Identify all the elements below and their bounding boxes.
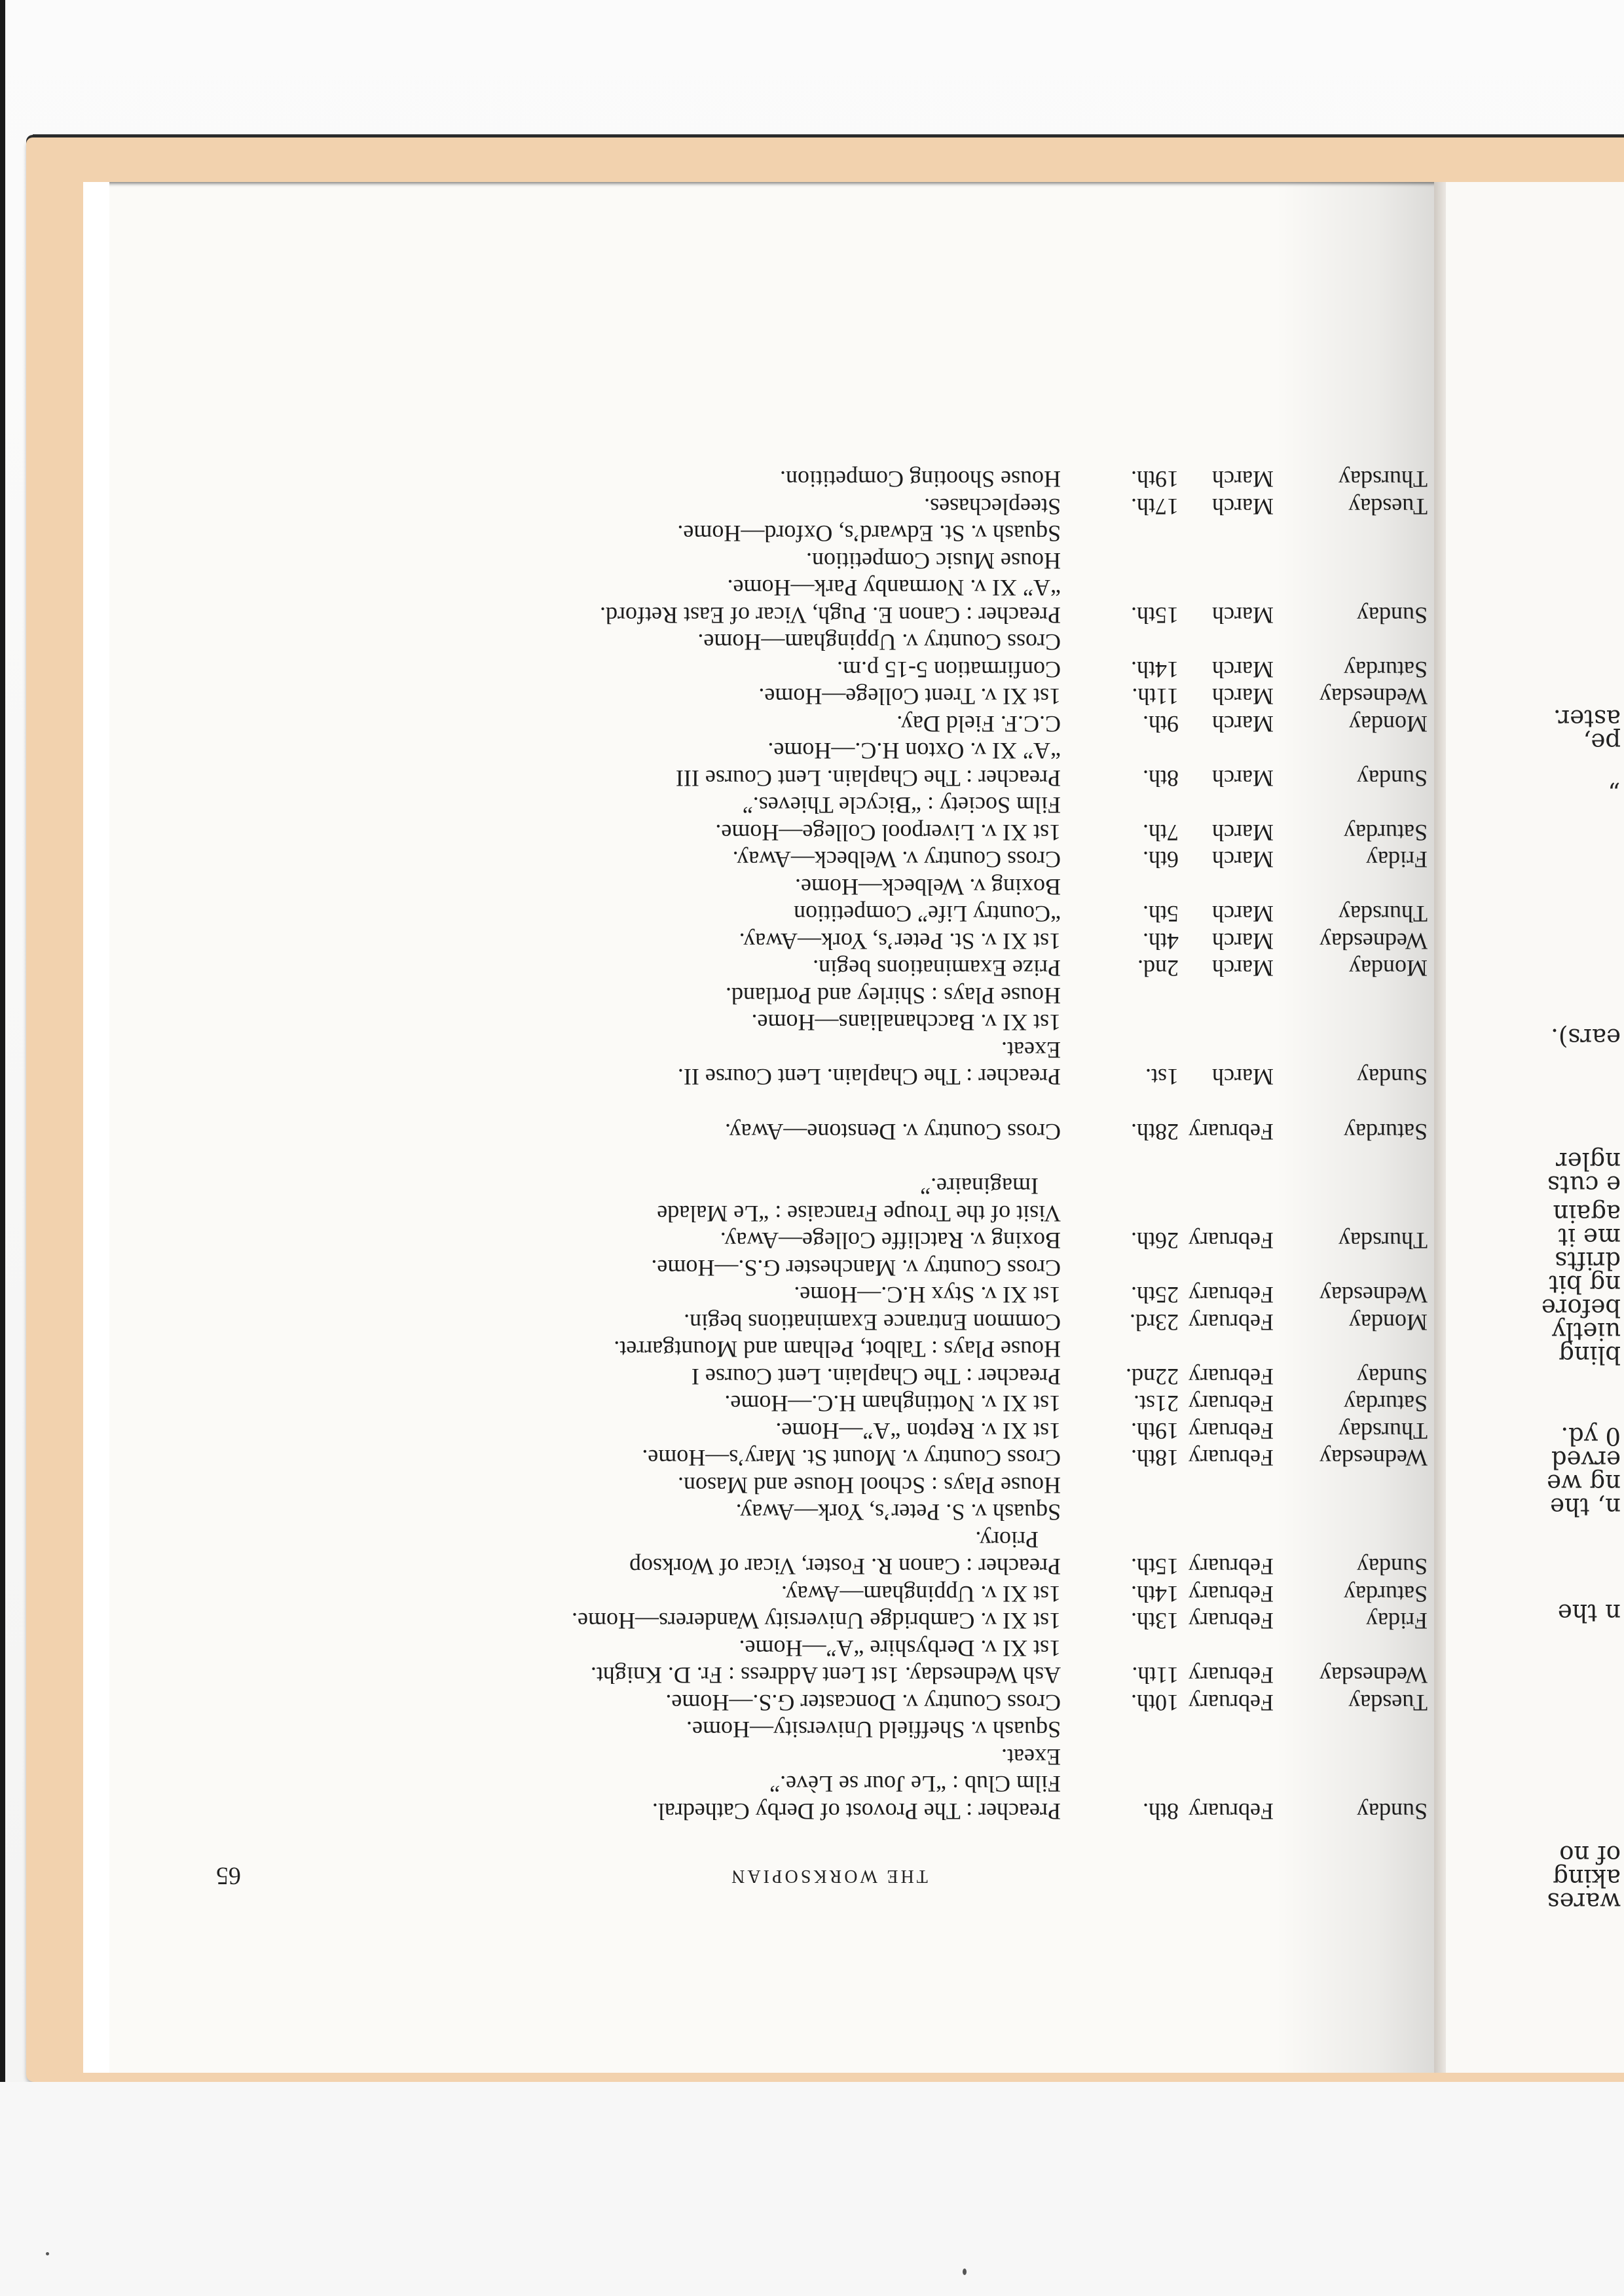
entry-month: March	[1179, 792, 1274, 846]
facing-page-fragment: bling uietly before ng bit drifts me it …	[1541, 1201, 1621, 1366]
entry-month: February	[1179, 1689, 1274, 1717]
entry-day: Sunday	[1274, 1336, 1428, 1390]
entry-date: 25th.	[1061, 1254, 1179, 1309]
event-line: C.C.F. Field Day.	[216, 710, 1061, 738]
entry-date: 2nd.	[1061, 955, 1179, 982]
scanner-bottom	[0, 2082, 1624, 2296]
entry-month: March	[1179, 683, 1274, 710]
calendar-entry: SundayFebruary8th.Preacher : The Provost…	[216, 1716, 1428, 1825]
event-line: Preacher : Canon E. Pugh, Vicar of East …	[216, 602, 1061, 629]
calendar-entry: ThursdayFebruary19th.1st XI v. Repton “A…	[216, 1417, 1428, 1445]
entry-date: 11th.	[1061, 1635, 1179, 1689]
event-line: Cross Country v. Doncaster G.S.—Home.	[216, 1689, 1061, 1717]
entry-month: March	[1179, 520, 1274, 629]
calendar-entry: WednesdayFebruary11th.Ash Wednesday. 1st…	[216, 1635, 1428, 1689]
entry-events: Confirmation 5-15 p.m.Cross Country v. U…	[216, 629, 1061, 683]
facing-page-fragment: n, the ng we erved 0 yd.	[1547, 1424, 1621, 1518]
right-page	[1446, 182, 1624, 2073]
entry-date: 26th.	[1061, 1173, 1179, 1254]
event-line: Steeplechases.	[216, 493, 1061, 520]
entry-events: House Shooting Competition.	[216, 465, 1061, 493]
entry-month: February	[1179, 1607, 1274, 1635]
entry-day: Saturday	[1274, 1390, 1428, 1417]
event-line: Cross Country v. Denstone—Away.	[216, 1118, 1061, 1146]
event-line: Cross Country v. Manchester G.S.—Home.	[216, 1254, 1061, 1282]
calendar-entry: MondayFebruary23rd.Common Entrance Exami…	[216, 1309, 1428, 1336]
facing-page-fragment: wares aking of no	[1547, 1842, 1621, 1913]
entry-day: Monday	[1274, 955, 1428, 982]
entry-events: 1st XI v. Liverpool College—Home.Film So…	[216, 792, 1061, 846]
entry-date: 7th.	[1061, 792, 1179, 846]
calendar-entry: ThursdayMarch19th.House Shooting Competi…	[216, 465, 1428, 493]
event-line: Squash v. St. Edward’s, Oxford—Home.	[216, 520, 1061, 547]
event-line: “Country Life” Competition	[216, 900, 1061, 928]
page-number: 65	[216, 1861, 241, 1890]
entry-month: February	[1179, 1309, 1274, 1336]
entry-date: 1st.	[1061, 982, 1179, 1091]
event-line: House Plays : Shirley and Portland.	[216, 982, 1061, 1010]
event-line: House Plays : School House and Mason.	[216, 1472, 1061, 1499]
entry-day: Thursday	[1274, 465, 1428, 493]
entry-month: February	[1179, 1390, 1274, 1417]
event-line: Exeat.	[216, 1036, 1061, 1064]
event-line: 1st XI v. Bacchanalians—Home.	[216, 1009, 1061, 1036]
event-line: 1st XI v. St. Peter’s, York—Away.	[216, 928, 1061, 955]
event-line: Cross Country v. Welbeck—Away.	[216, 846, 1061, 873]
book-gutter	[1434, 182, 1446, 2073]
calendar-entry: SaturdayMarch14th.Confirmation 5-15 p.m.…	[216, 629, 1428, 683]
event-line: House Music Competition.	[216, 547, 1061, 575]
entry-date: 21st.	[1061, 1390, 1179, 1417]
event-line: Cross Country v. Mount St. Mary’s—Home.	[216, 1444, 1061, 1472]
entry-events: 1st XI v. Cambridge University Wanderers…	[216, 1607, 1061, 1635]
entry-date: 13th.	[1061, 1607, 1179, 1635]
event-line: Preacher : The Chaplain. Lent Course II.	[216, 1063, 1061, 1091]
entry-month: February	[1179, 1173, 1274, 1254]
page-edge	[83, 182, 109, 2073]
entry-events: Preacher : The Chaplain. Lent Course IHo…	[216, 1336, 1061, 1390]
entry-date: 11th.	[1061, 683, 1179, 710]
entry-month: February	[1179, 1444, 1274, 1472]
event-line: Preacher : The Provost of Derby Cathedra…	[216, 1798, 1061, 1825]
entry-day: Wednesday	[1274, 1635, 1428, 1689]
event-line: 1st XI v. Nottingham H.C.—Home.	[216, 1390, 1061, 1417]
entry-events: 1st XI v. Uppingham—Away.	[216, 1580, 1061, 1608]
entry-day: Saturday	[1274, 629, 1428, 683]
running-title: THE WORKSOPIAN	[216, 1865, 1441, 1886]
entry-month: February	[1179, 1635, 1274, 1689]
event-line: House Plays : Talbot, Pelham and Mountga…	[216, 1336, 1061, 1363]
event-line: Preacher : The Chaplain. Lent Course III	[216, 765, 1061, 792]
entry-events: Preacher : The Provost of Derby Cathedra…	[216, 1716, 1061, 1825]
entry-month: March	[1179, 846, 1274, 873]
entry-events: 1st XI v. Styx H.C.—Home.Cross Country v…	[216, 1254, 1061, 1309]
scanner-edge	[0, 0, 5, 2296]
entry-month: March	[1179, 982, 1274, 1091]
calendar-entry: WednesdayMarch11th.1st XI v. Trent Colle…	[216, 683, 1428, 710]
entry-events: Prize Examinations begin.	[216, 955, 1061, 982]
event-line: Boxing v. Welbeck—Home.	[216, 873, 1061, 901]
entry-events: Cross Country v. Denstone—Away.	[216, 1118, 1061, 1146]
calendar-entry: SundayMarch8th.Preacher : The Chaplain. …	[216, 737, 1428, 792]
entry-day: Thursday	[1274, 873, 1428, 928]
entry-month: February	[1179, 1472, 1274, 1580]
entry-day: Sunday	[1274, 520, 1428, 629]
entry-day: Sunday	[1274, 982, 1428, 1091]
entry-month: February	[1179, 1580, 1274, 1608]
entry-events: Preacher : The Chaplain. Lent Course II.…	[216, 982, 1061, 1091]
entry-day: Tuesday	[1274, 493, 1428, 520]
calendar-entry: SundayMarch1st.Preacher : The Chaplain. …	[216, 982, 1428, 1091]
entry-date: 5th.	[1061, 873, 1179, 928]
event-line: 1st XI v. Derbyshire “A”—Home.	[216, 1635, 1061, 1662]
entry-events: Preacher : Canon R. Foster, Vicar of Wor…	[216, 1472, 1061, 1580]
entry-day: Sunday	[1274, 1472, 1428, 1580]
entry-day: Saturday	[1274, 792, 1428, 846]
entry-date: 14th.	[1061, 629, 1179, 683]
entry-date: 23rd.	[1061, 1309, 1179, 1336]
calendar-entry: FridayMarch6th.Cross Country v. Welbeck—…	[216, 846, 1428, 873]
event-line: Imaginaire.”	[216, 1173, 1061, 1200]
calendar-entry: MondayMarch9th.C.C.F. Field Day.	[216, 710, 1428, 738]
entry-date: 14th.	[1061, 1580, 1179, 1608]
entry-month: March	[1179, 955, 1274, 982]
entry-month: March	[1179, 629, 1274, 683]
entry-day: Wednesday	[1274, 683, 1428, 710]
entry-events: Common Entrance Examinations begin.	[216, 1309, 1061, 1336]
entry-day: Tuesday	[1274, 1689, 1428, 1717]
calendar-entry: ThursdayMarch5th.“Country Life” Competit…	[216, 873, 1428, 928]
event-line: Ash Wednesday. 1st Lent Address : Fr. D.…	[216, 1662, 1061, 1689]
event-line: Exeat.	[216, 1743, 1061, 1771]
event-line: 1st XI v. Cambridge University Wanderers…	[216, 1607, 1061, 1635]
facing-page-fragment: e cuts ngler	[1547, 1149, 1621, 1196]
entry-day: Saturday	[1274, 1580, 1428, 1608]
entry-events: Preacher : Canon E. Pugh, Vicar of East …	[216, 520, 1061, 629]
calendar-entry: SundayFebruary15th.Preacher : Canon R. F…	[216, 1472, 1428, 1580]
entry-date: 6th.	[1061, 846, 1179, 873]
entry-day: Wednesday	[1274, 928, 1428, 955]
calendar-of-events: SundayFebruary8th.Preacher : The Provost…	[216, 465, 1428, 1825]
event-line: Prize Examinations begin.	[216, 955, 1061, 982]
calendar-entry: WednesdayFebruary25th.1st XI v. Styx H.C…	[216, 1254, 1428, 1309]
entry-events: Preacher : The Chaplain. Lent Course III…	[216, 737, 1061, 792]
entry-date: 19th.	[1061, 465, 1179, 493]
entry-month: March	[1179, 928, 1274, 955]
entry-day: Wednesday	[1274, 1444, 1428, 1472]
event-line: House Shooting Competition.	[216, 465, 1061, 493]
event-line: “A” XI v. Oxton H.C.—Home.	[216, 737, 1061, 765]
entry-day: Monday	[1274, 710, 1428, 738]
entry-events: “Country Life” CompetitionBoxing v. Welb…	[216, 873, 1061, 928]
event-line: 1st XI v. Liverpool College—Home.	[216, 819, 1061, 847]
calendar-entry: ThursdayFebruary26th.Boxing v. Ratcliffe…	[216, 1173, 1428, 1254]
event-line: 1st XI v. Repton “A”—Home.	[216, 1417, 1061, 1445]
facing-page-fragment: ears).	[1551, 1025, 1621, 1049]
calendar-entry: TuesdayFebruary10th.Cross Country v. Don…	[216, 1689, 1428, 1717]
event-line: Squash v. S. Peter’s, York—Away.	[216, 1499, 1061, 1526]
event-line: 1st XI v. Uppingham—Away.	[216, 1580, 1061, 1608]
page-header: THE WORKSOPIAN 65	[216, 1853, 1441, 1886]
entry-month: March	[1179, 465, 1274, 493]
entry-day: Thursday	[1274, 1417, 1428, 1445]
event-line: Confirmation 5-15 p.m.	[216, 656, 1061, 683]
entry-events: C.C.F. Field Day.	[216, 710, 1061, 738]
entry-events: Cross Country v. Doncaster G.S.—Home.	[216, 1689, 1061, 1717]
entry-events: Boxing v. Ratcliffe College—Away.Visit o…	[216, 1173, 1061, 1254]
entry-events: 1st XI v. Trent College—Home.	[216, 683, 1061, 710]
entry-month: March	[1179, 710, 1274, 738]
calendar-entry: SundayMarch15th.Preacher : Canon E. Pugh…	[216, 520, 1428, 629]
calendar-entry: WednesdayFebruary18th.Cross Country v. M…	[216, 1444, 1428, 1472]
entry-month: March	[1179, 873, 1274, 928]
event-line: “A” XI v. Normanby Park—Home.	[216, 574, 1061, 602]
event-line: Film Society : “Bicycle Thieves.”	[216, 792, 1061, 819]
entry-date: 19th.	[1061, 1417, 1179, 1445]
entry-date: 17th.	[1061, 493, 1179, 520]
calendar-entry: SaturdayFebruary28th.Cross Country v. De…	[216, 1118, 1428, 1146]
event-line: Squash v. Sheffield University—Home.	[216, 1716, 1061, 1743]
entry-events: Cross Country v. Mount St. Mary’s—Home.	[216, 1444, 1061, 1472]
event-line: Priory.	[216, 1526, 1061, 1554]
event-line: Film Club : “Le Jour se Lève.”	[216, 1770, 1061, 1798]
event-line: Preacher : Canon R. Foster, Vicar of Wor…	[216, 1553, 1061, 1580]
event-line: Cross Country v. Uppingham—Home.	[216, 629, 1061, 656]
entry-day: Monday	[1274, 1309, 1428, 1336]
entry-date: 10th.	[1061, 1689, 1179, 1717]
entry-month: March	[1179, 493, 1274, 520]
event-line: Boxing v. Ratcliffe College—Away.	[216, 1227, 1061, 1254]
entry-date: 4th.	[1061, 928, 1179, 955]
entry-day: Thursday	[1274, 1173, 1428, 1254]
entry-date: 28th.	[1061, 1118, 1179, 1146]
facing-page-fragment: ” pe, aster.	[1553, 706, 1621, 790]
entry-month: February	[1179, 1716, 1274, 1825]
facing-page-fragment: n the	[1558, 1601, 1621, 1624]
calendar-entry: WednesdayMarch4th.1st XI v. St. Peter’s,…	[216, 928, 1428, 955]
calendar-entry: MondayMarch2nd.Prize Examinations begin.	[216, 955, 1428, 982]
event-line: Preacher : The Chaplain. Lent Course I	[216, 1363, 1061, 1391]
entry-month: February	[1179, 1417, 1274, 1445]
entry-events: 1st XI v. St. Peter’s, York—Away.	[216, 928, 1061, 955]
event-line: 1st XI v. Trent College—Home.	[216, 683, 1061, 710]
entry-day: Saturday	[1274, 1118, 1428, 1146]
entry-events: Steeplechases.	[216, 493, 1061, 520]
entry-day: Sunday	[1274, 737, 1428, 792]
entry-day: Friday	[1274, 846, 1428, 873]
event-line: Common Entrance Examinations begin.	[216, 1309, 1061, 1336]
calendar-entry: SaturdayFebruary14th.1st XI v. Uppingham…	[216, 1580, 1428, 1608]
event-line: 1st XI v. Styx H.C.—Home.	[216, 1281, 1061, 1309]
entry-date: 8th.	[1061, 1716, 1179, 1825]
entry-date: 22nd.	[1061, 1336, 1179, 1390]
entry-month: February	[1179, 1254, 1274, 1309]
entry-events: Cross Country v. Welbeck—Away.	[216, 846, 1061, 873]
entry-day: Friday	[1274, 1607, 1428, 1635]
dust-speck	[46, 2252, 49, 2255]
entry-month: February	[1179, 1336, 1274, 1390]
entry-month: February	[1179, 1118, 1274, 1146]
entry-month: March	[1179, 737, 1274, 792]
calendar-entry: SundayFebruary22nd.Preacher : The Chapla…	[216, 1336, 1428, 1390]
entry-events: Ash Wednesday. 1st Lent Address : Fr. D.…	[216, 1635, 1061, 1689]
entry-day: Wednesday	[1274, 1254, 1428, 1309]
entry-day: Sunday	[1274, 1716, 1428, 1825]
entry-date: 9th.	[1061, 710, 1179, 738]
dust-speck	[963, 2269, 967, 2275]
calendar-entry: SaturdayFebruary21st.1st XI v. Nottingha…	[216, 1390, 1428, 1417]
calendar-entry: TuesdayMarch17th.Steeplechases.	[216, 493, 1428, 520]
entry-date: 18th.	[1061, 1444, 1179, 1472]
calendar-entry: FridayFebruary13th.1st XI v. Cambridge U…	[216, 1607, 1428, 1635]
entry-date: 15th.	[1061, 1472, 1179, 1580]
calendar-entry: SaturdayMarch7th.1st XI v. Liverpool Col…	[216, 792, 1428, 846]
entry-events: 1st XI v. Nottingham H.C.—Home.	[216, 1390, 1061, 1417]
entry-date: 15th.	[1061, 520, 1179, 629]
entry-date: 8th.	[1061, 737, 1179, 792]
event-line: Visit of the Troupe Francaise : “Le Mala…	[216, 1200, 1061, 1228]
entry-events: 1st XI v. Repton “A”—Home.	[216, 1417, 1061, 1445]
